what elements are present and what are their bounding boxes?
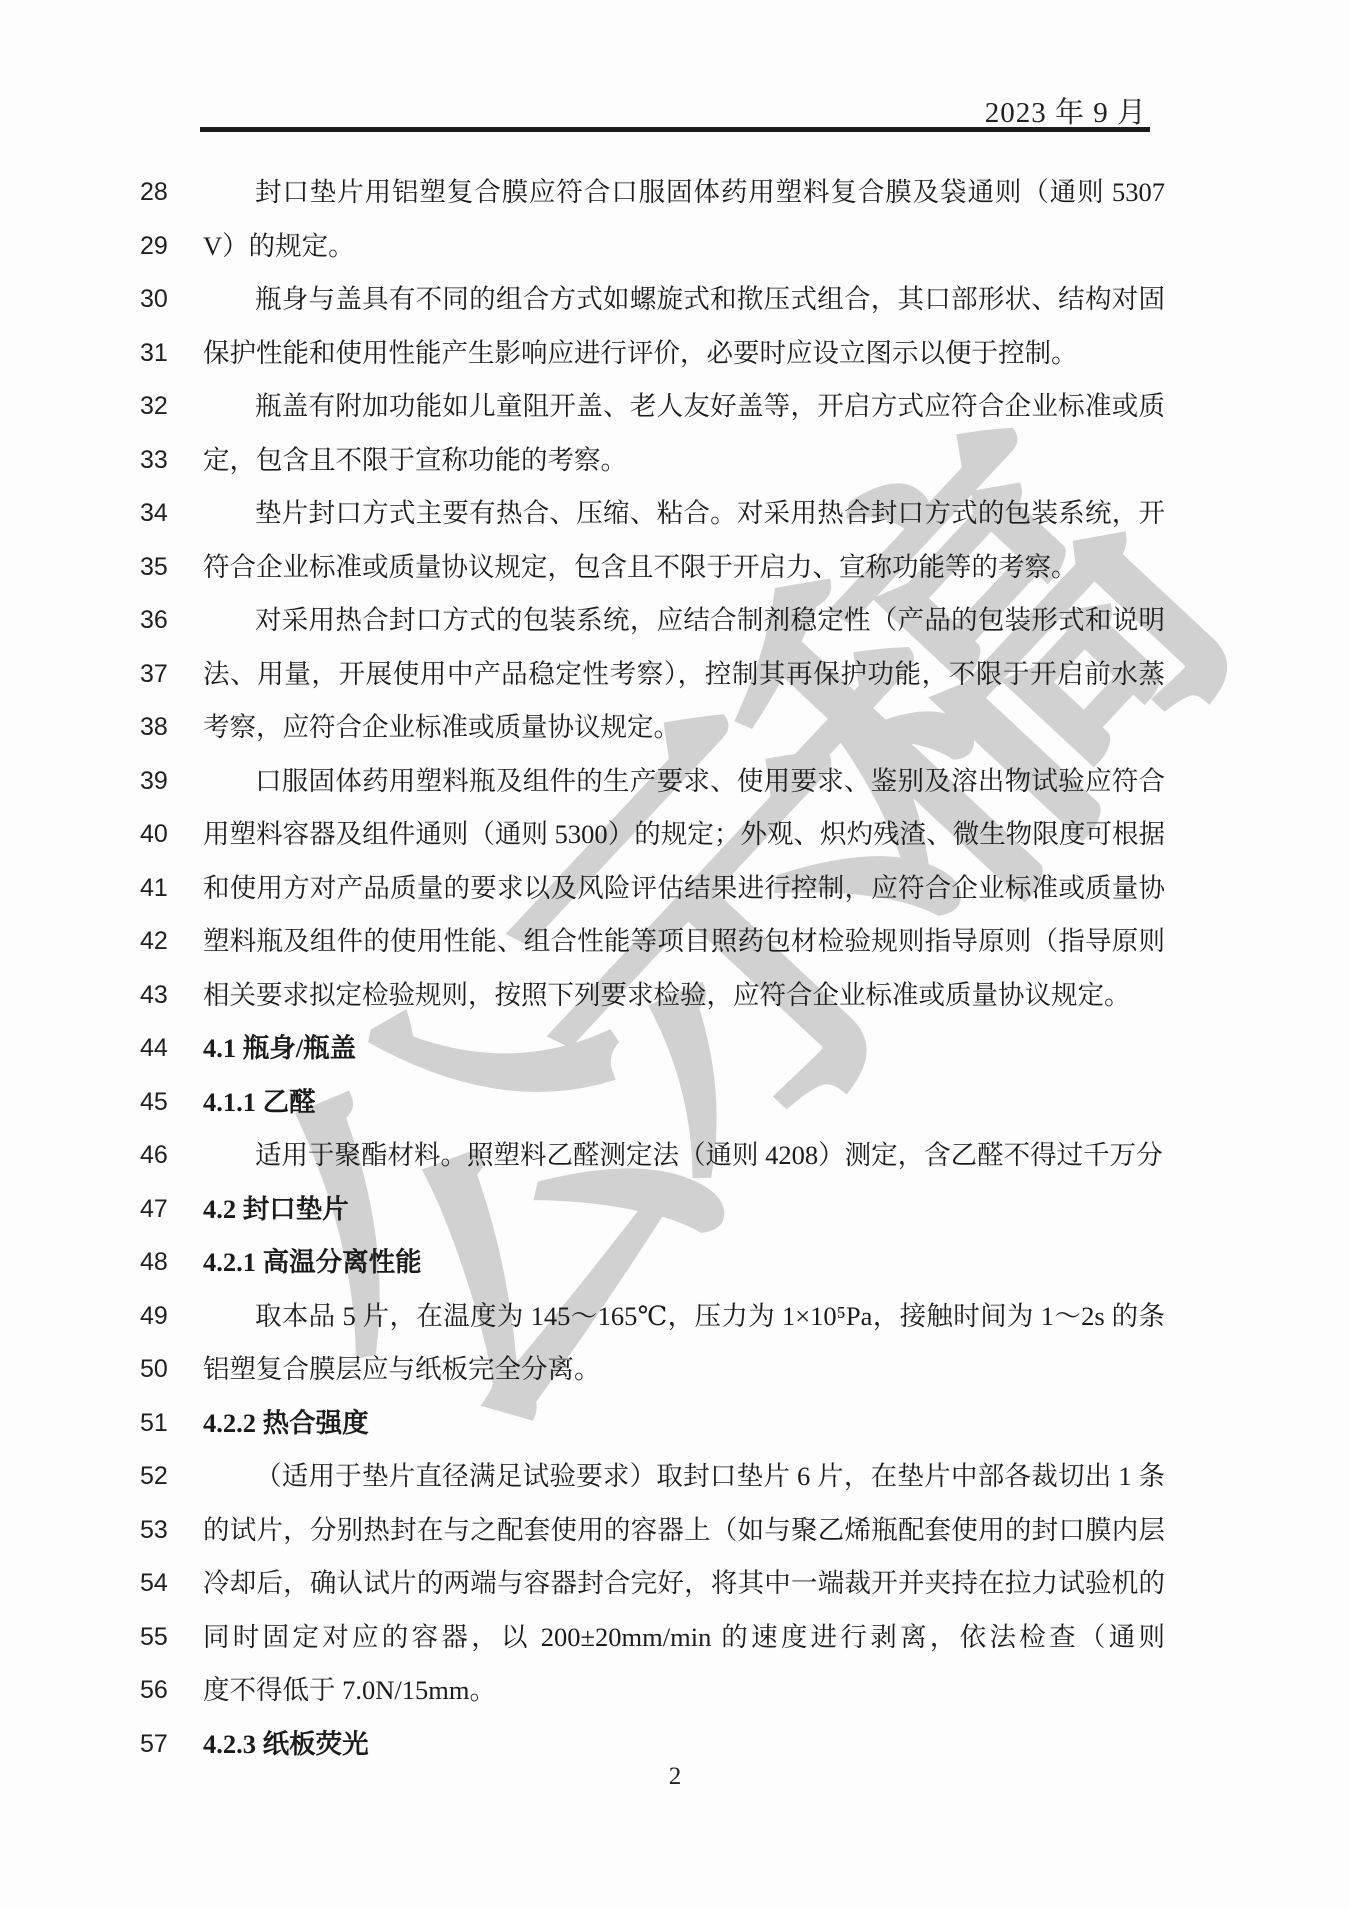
line-number: 34: [140, 487, 203, 541]
line-text: V）的规定。: [203, 220, 1165, 274]
document-line: 29V）的规定。: [0, 220, 1350, 274]
line-text: 度不得低于 7.0N/15mm。: [203, 1664, 1165, 1718]
document-line: 35符合企业标准或质量协议规定，包含且不限于开启力、宣称功能等的考察。: [0, 541, 1350, 595]
line-number: 28: [140, 166, 203, 220]
line-text: 口服固体药用塑料瓶及组件的生产要求、使用要求、鉴别及溶出物试验应符合药品包装: [203, 755, 1165, 809]
document-line: 31保护性能和使用性能产生影响应进行评价，必要时应设立图示以便于控制。: [0, 327, 1350, 381]
line-number: 40: [140, 808, 203, 862]
line-text: 和使用方对产品质量的要求以及风险评估结果进行控制，应符合企业标准或质量协议规定；: [203, 862, 1165, 916]
line-text: 法、用量，开展使用中产品稳定性考察），控制其再保护功能，不限于开启前水蒸汽透过量: [203, 648, 1165, 702]
document-line: 56度不得低于 7.0N/15mm。: [0, 1664, 1350, 1718]
line-text: 适用于聚酯材料。照塑料乙醛测定法（通则 4208）测定，含乙醛不得过千万分之二。: [203, 1129, 1165, 1183]
line-number: 55: [140, 1611, 203, 1665]
document-line: 46适用于聚酯材料。照塑料乙醛测定法（通则 4208）测定，含乙醛不得过千万分之…: [0, 1129, 1350, 1183]
document-line: 39口服固体药用塑料瓶及组件的生产要求、使用要求、鉴别及溶出物试验应符合药品包装: [0, 755, 1350, 809]
document-line: 43相关要求拟定检验规则，按照下列要求检验，应符合企业标准或质量协议规定。: [0, 969, 1350, 1023]
document-line: 53的试片，分别热封在与之配套使用的容器上（如与聚乙烯瓶配套使用的封口膜内层为聚…: [0, 1504, 1350, 1558]
line-number: 51: [140, 1397, 203, 1451]
document-line: 52（适用于垫片直径满足试验要求）取封口垫片 6 片，在垫片中部各裁切出 1 条…: [0, 1450, 1350, 1504]
document-line: 474.2 封口垫片: [0, 1183, 1350, 1237]
line-number: 47: [140, 1183, 203, 1237]
line-number: 36: [140, 594, 203, 648]
line-number: 43: [140, 969, 203, 1023]
line-text: 取本品 5 片，在温度为 145～165℃，压力为 1×10⁵Pa，接触时间为 …: [203, 1290, 1165, 1344]
document-line: 33定，包含且不限于宣称功能的考察。: [0, 434, 1350, 488]
line-text: 同时固定对应的容器，以 200±20mm/min 的速度进行剥离，依法检查（通则…: [203, 1611, 1165, 1665]
line-text: 冷却后，确认试片的两端与容器封合完好，将其中一端裁开并夹持在拉力试验机的夹具上，: [203, 1557, 1165, 1611]
line-text: 垫片封口方式主要有热合、压缩、粘合。对采用热合封口方式的包装系统，开启方式应: [203, 487, 1165, 541]
line-number: 53: [140, 1504, 203, 1558]
document-line: 42塑料瓶及组件的使用性能、组合性能等项目照药包材检验规则指导原则（指导原则 9…: [0, 915, 1350, 969]
line-text: 4.2 封口垫片: [203, 1183, 1165, 1237]
document-line: 444.1 瓶身/瓶盖: [0, 1022, 1350, 1076]
line-text: 考察，应符合企业标准或质量协议规定。: [203, 701, 1165, 755]
document-lines: 28封口垫片用铝塑复合膜应符合口服固体药用塑料复合膜及袋通则（通则 5307 材…: [0, 166, 1350, 1771]
line-number: 41: [140, 862, 203, 916]
line-number: 48: [140, 1236, 203, 1290]
line-number: 46: [140, 1129, 203, 1183]
line-number: 56: [140, 1664, 203, 1718]
line-text: 的试片，分别热封在与之配套使用的容器上（如与聚乙烯瓶配套使用的封口膜内层为聚乙烯…: [203, 1504, 1165, 1558]
line-number: 54: [140, 1557, 203, 1611]
document-line: 484.2.1 高温分离性能: [0, 1236, 1350, 1290]
document-line: 514.2.2 热合强度: [0, 1397, 1350, 1451]
line-number: 32: [140, 380, 203, 434]
line-number: 42: [140, 915, 203, 969]
document-line: 36对采用热合封口方式的包装系统，应结合制剂稳定性（产品的包装形式和说明书中的用: [0, 594, 1350, 648]
line-number: 50: [140, 1343, 203, 1397]
line-number: 29: [140, 220, 203, 274]
line-text: 符合企业标准或质量协议规定，包含且不限于开启力、宣称功能等的考察。: [203, 541, 1165, 595]
line-text: 4.1.1 乙醛: [203, 1076, 1165, 1130]
document-line: 30瓶身与盖具有不同的组合方式如螺旋式和揿压式组合，其口部形状、结构对固体制剂的: [0, 273, 1350, 327]
line-text: 4.2.1 高温分离性能: [203, 1236, 1165, 1290]
line-text: 相关要求拟定检验规则，按照下列要求检验，应符合企业标准或质量协议规定。: [203, 969, 1165, 1023]
document-line: 41和使用方对产品质量的要求以及风险评估结果进行控制，应符合企业标准或质量协议规…: [0, 862, 1350, 916]
document-line: 28封口垫片用铝塑复合膜应符合口服固体药用塑料复合膜及袋通则（通则 5307 材…: [0, 166, 1350, 220]
line-text: 封口垫片用铝塑复合膜应符合口服固体药用塑料复合膜及袋通则（通则 5307 材料种…: [203, 166, 1165, 220]
document-line: 49取本品 5 片，在温度为 145～165℃，压力为 1×10⁵Pa，接触时间…: [0, 1290, 1350, 1344]
line-text: 对采用热合封口方式的包装系统，应结合制剂稳定性（产品的包装形式和说明书中的用: [203, 594, 1165, 648]
line-text: 塑料瓶及组件的使用性能、组合性能等项目照药包材检验规则指导原则（指导原则 965…: [203, 915, 1165, 969]
document-line: 40用塑料容器及组件通则（通则 5300）的规定；外观、炽灼残渣、微生物限度可根…: [0, 808, 1350, 862]
line-number: 37: [140, 648, 203, 702]
header-date: 2023 年 9 月: [985, 90, 1147, 131]
line-text: 4.2.2 热合强度: [203, 1397, 1165, 1451]
line-number: 45: [140, 1076, 203, 1130]
document-line: 37法、用量，开展使用中产品稳定性考察），控制其再保护功能，不限于开启前水蒸汽透…: [0, 648, 1350, 702]
line-number: 39: [140, 755, 203, 809]
document-line: 34垫片封口方式主要有热合、压缩、粘合。对采用热合封口方式的包装系统，开启方式应: [0, 487, 1350, 541]
line-text: 瓶盖有附加功能如儿童阻开盖、老人友好盖等，开启方式应符合企业标准或质量协议规: [203, 380, 1165, 434]
line-number: 38: [140, 701, 203, 755]
document-line: 38考察，应符合企业标准或质量协议规定。: [0, 701, 1350, 755]
line-text: 4.1 瓶身/瓶盖: [203, 1022, 1165, 1076]
line-number: 30: [140, 273, 203, 327]
line-text: 保护性能和使用性能产生影响应进行评价，必要时应设立图示以便于控制。: [203, 327, 1165, 381]
line-number: 33: [140, 434, 203, 488]
line-number: 44: [140, 1022, 203, 1076]
document-line: 50铝塑复合膜层应与纸板完全分离。: [0, 1343, 1350, 1397]
line-number: 31: [140, 327, 203, 381]
line-text: 铝塑复合膜层应与纸板完全分离。: [203, 1343, 1165, 1397]
document-line: 55同时固定对应的容器，以 200±20mm/min 的速度进行剥离，依法检查（…: [0, 1611, 1350, 1665]
header-rule: [200, 127, 1150, 132]
line-text: 用塑料容器及组件通则（通则 5300）的规定；外观、炽灼残渣、微生物限度可根据生…: [203, 808, 1165, 862]
document-line: 454.1.1 乙醛: [0, 1076, 1350, 1130]
line-text: （适用于垫片直径满足试验要求）取封口垫片 6 片，在垫片中部各裁切出 1 条 1…: [203, 1450, 1165, 1504]
line-number: 49: [140, 1290, 203, 1344]
line-number: 52: [140, 1450, 203, 1504]
document-line: 32瓶盖有附加功能如儿童阻开盖、老人友好盖等，开启方式应符合企业标准或质量协议规: [0, 380, 1350, 434]
page-number: 2: [0, 1763, 1350, 1791]
line-text: 定，包含且不限于宣称功能的考察。: [203, 434, 1165, 488]
document-line: 54冷却后，确认试片的两端与容器封合完好，将其中一端裁开并夹持在拉力试验机的夹具…: [0, 1557, 1350, 1611]
document-page: 2023 年 9 月 公示稿 28封口垫片用铝塑复合膜应符合口服固体药用塑料复合…: [0, 0, 1350, 1909]
line-number: 35: [140, 541, 203, 595]
line-text: 瓶身与盖具有不同的组合方式如螺旋式和揿压式组合，其口部形状、结构对固体制剂的: [203, 273, 1165, 327]
